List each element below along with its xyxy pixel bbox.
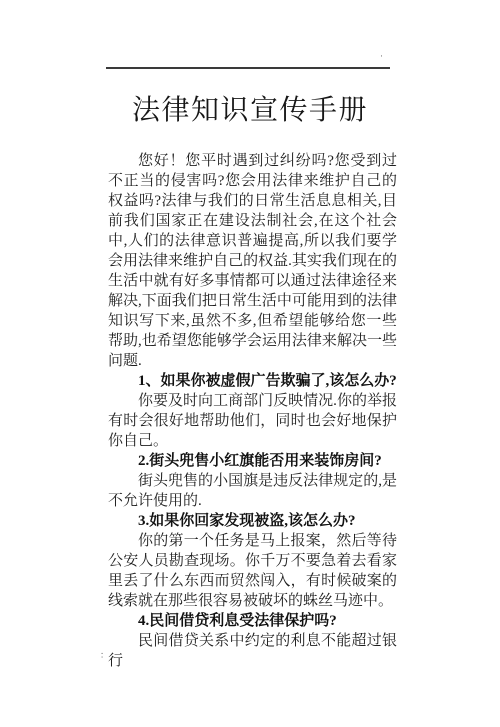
answer-paragraph-1: 你要及时向工商部门反映情况.你的举报有时会很好地帮助他们，同时也会好地保护你自己…	[108, 391, 397, 451]
intro-paragraph: 您好！您平时遇到过纠纷吗?您受到过不正当的侵害吗?您会用法律来维护自己的权益吗?…	[108, 151, 397, 371]
page-title: 法律知识宣传手册	[0, 88, 500, 128]
footer-marks: ：.	[100, 648, 119, 661]
answer-paragraph-3: 你的第一个任务是马上报案，然后等待公安人员勘查现场。你千万不要急着去看家里丢了什…	[108, 531, 397, 611]
question-heading-3: 3.如果你回家发现被盗,该怎么办?	[108, 511, 397, 531]
answer-paragraph-2: 街头兜售的小国旗是违反法律规定的,是不允许使用的.	[108, 471, 397, 511]
question-heading-2: 2.街头兜售小红旗能否用来装饰房间?	[108, 451, 397, 471]
document-body: 您好！您平时遇到过纠纷吗?您受到过不正当的侵害吗?您会用法律来维护自己的权益吗?…	[108, 151, 397, 671]
question-heading-1: 1、如果你被虚假广告欺骗了,该怎么办?	[108, 371, 397, 391]
header-stray-dot: ·	[380, 52, 383, 61]
answer-paragraph-4: 民间借贷关系中约定的利息不能超过银行	[108, 631, 397, 671]
header-rule-divider	[106, 67, 390, 69]
question-heading-4: 4.民间借贷利息受法律保护吗?	[108, 611, 397, 631]
document-page: · 法律知识宣传手册 您好！您平时遇到过纠纷吗?您受到过不正当的侵害吗?您会用法…	[0, 0, 500, 727]
